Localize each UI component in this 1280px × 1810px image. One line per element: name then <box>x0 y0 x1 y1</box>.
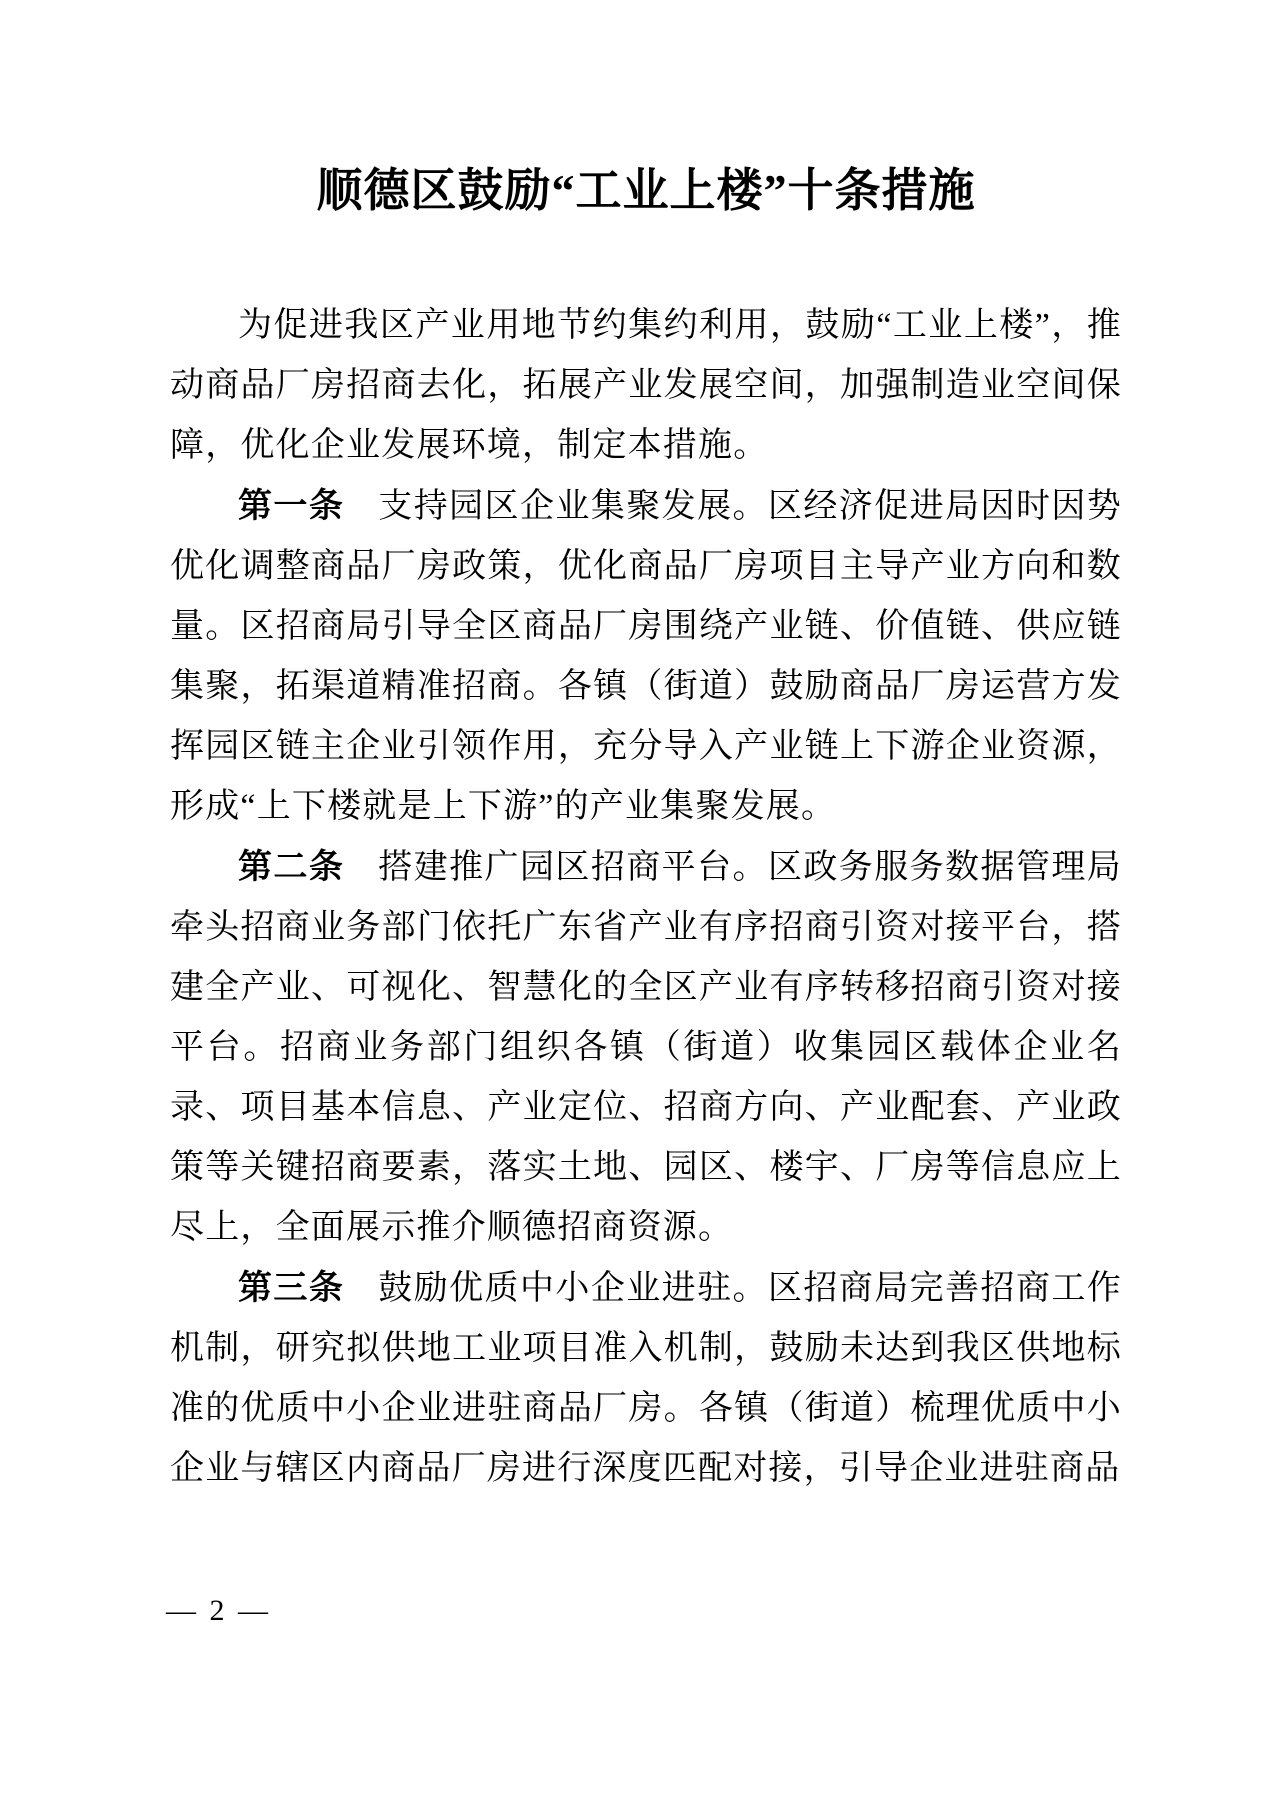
paragraph-clause-1: 第一条支持园区企业集聚发展。区经济促进局因时因势优化调整商品厂房政策，优化商品厂… <box>170 476 1122 837</box>
clause-3-lead: 第三条 <box>238 1269 344 1307</box>
clause-1-lead: 第一条 <box>238 487 344 525</box>
page-number: — 2 — <box>166 1594 271 1628</box>
paragraph-text: 为促进我区产业用地节约集约利用，鼓励“工业上楼”，推动商品厂房招商去化，拓展产业… <box>170 307 1122 464</box>
paragraph-intro: 为促进我区产业用地节约集约利用，鼓励“工业上楼”，推动商品厂房招商去化，拓展产业… <box>170 295 1122 476</box>
paragraph-clause-3: 第三条鼓励优质中小企业进驻。区招商局完善招商工作机制，研究拟供地工业项目准入机制… <box>170 1258 1122 1499</box>
document-body: 为促进我区产业用地节约集约利用，鼓励“工业上楼”，推动商品厂房招商去化，拓展产业… <box>170 295 1122 1499</box>
paragraph-clause-2: 第二条搭建推广园区招商平台。区政务服务数据管理局牵头招商业务部门依托广东省产业有… <box>170 837 1122 1258</box>
document-page: 顺德区鼓励“工业上楼”十条措施 为促进我区产业用地节约集约利用，鼓励“工业上楼”… <box>0 0 1280 1810</box>
document-title: 顺德区鼓励“工业上楼”十条措施 <box>170 0 1122 222</box>
document-content: 顺德区鼓励“工业上楼”十条措施 为促进我区产业用地节约集约利用，鼓励“工业上楼”… <box>170 0 1122 1499</box>
clause-2-lead: 第二条 <box>238 848 344 886</box>
clause-1-text: 支持园区企业集聚发展。区经济促进局因时因势优化调整商品厂房政策，优化商品厂房项目… <box>170 488 1122 825</box>
clause-2-text: 搭建推广园区招商平台。区政务服务数据管理局牵头招商业务部门依托广东省产业有序招商… <box>170 849 1122 1246</box>
